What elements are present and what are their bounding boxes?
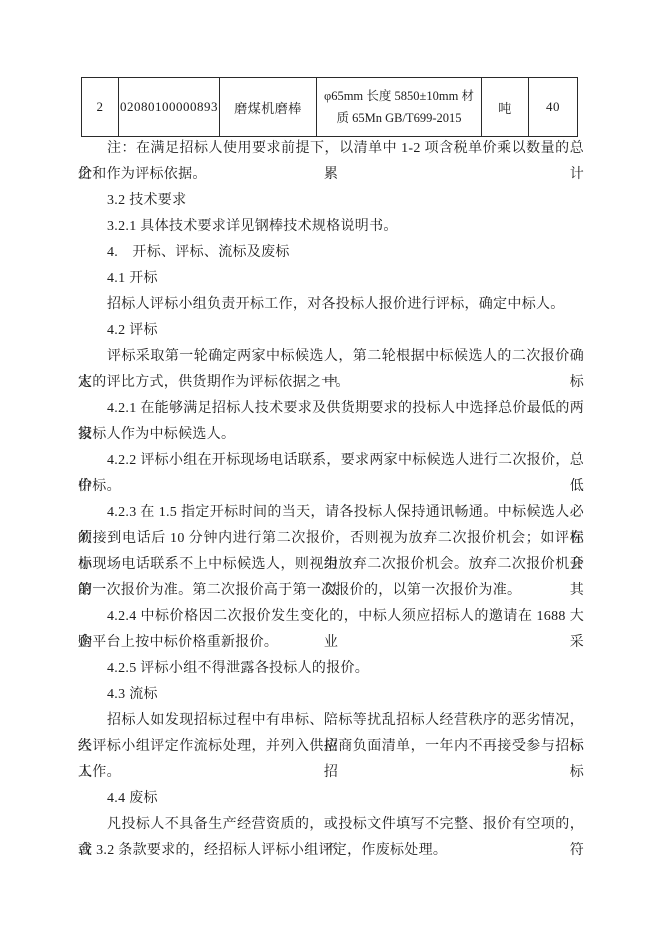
document-page: 2 02080100000893 磨煤机磨棒 φ65mm 长度 5850±10m… [0,0,662,936]
text-line: 4.2.5 评标小组不得泄露各投标人的报价。 [78,656,584,682]
text-line: 的接到电话后 10 分钟内进行第二次报价，否则视为放弃二次报价机会；如评标小组开 [78,526,584,552]
spec-line-1: φ65mm 长度 5850±10mm 材 [324,85,474,107]
text-line: 4.2.2 评标小组在开标现场电话联系，要求两家中标候选人进行二次报价，总价低 [78,448,584,474]
text-line: 招标人如发现招标过程中有串标、陪标等扰乱招标人经营秩序的恶劣情况，经招标 [78,708,584,734]
materials-table: 2 02080100000893 磨煤机磨棒 φ65mm 长度 5850±10m… [81,77,578,137]
cell-specification: φ65mm 长度 5850±10mm 材 质 65Mn GB/T699-2015 [317,78,482,137]
text-line: 3.2.1 具体技术要求详见钢棒技术规格说明书。 [78,214,584,240]
text-line: 评标采取第一轮确定两家中标候选人，第二轮根据中标候选人的二次报价确定中标 [78,344,584,370]
cell-seq-number: 2 [82,78,119,137]
cell-material-code: 02080100000893 [119,78,220,137]
text-line: 第一次报价为准。第二次报价高于第一次报价的，以第一次报价为准。 [78,578,584,604]
text-line: 3.2 技术要求 [78,188,584,214]
text-line: 招标人评标小组负责开标工作，对各投标人报价进行评标，确定中标人。 [78,292,584,318]
text-line: 4.1 开标 [78,266,584,292]
text-line: 凡投标人不具备生产经营资质的，或投标文件填写不完整、报价有空项的，或不符 [78,812,584,838]
text-line: 注：在满足招标人使用要求前提下，以清单中 1-2 项含税单价乘以数量的总价累计 [78,136,584,162]
text-line: 投标人作为中标候选人。 [78,422,584,448]
text-line: 4. 开标、评标、流标及废标 [78,240,584,266]
text-line: 4.3 流标 [78,682,584,708]
document-body: 注：在满足招标人使用要求前提下，以清单中 1-2 项含税单价乘以数量的总价累计之… [78,136,584,864]
cell-material-name: 磨煤机磨棒 [220,78,317,137]
text-line: 4.2.1 在能够满足招标人技术要求及供货期要求的投标人中选择总价最低的两家 [78,396,584,422]
text-line: 4.4 废标 [78,786,584,812]
text-line: 4.2 评标 [78,318,584,344]
text-line: 4.2.3 在 1.5 指定开标时间的当天，请各投标人保持通讯畅通。中标候选人必… [78,500,584,526]
cell-quantity: 40 [529,78,578,137]
table-row: 2 02080100000893 磨煤机磨棒 φ65mm 长度 5850±10m… [82,78,578,137]
cell-unit: 吨 [482,78,529,137]
spec-line-2: 质 65Mn GB/T699-2015 [324,107,474,129]
text-line: 人评标小组评定作流标处理，并列入供应商负面清单，一年内不再接受参与招标人招标 [78,734,584,760]
text-line: 4.2.4 中标价格因二次报价发生变化的，中标人须应招标人的邀请在 1688 大… [78,604,584,630]
text-line: 标现场电话联系不上中标候选人，则视为放弃二次报价机会。放弃二次报价机会的以其 [78,552,584,578]
